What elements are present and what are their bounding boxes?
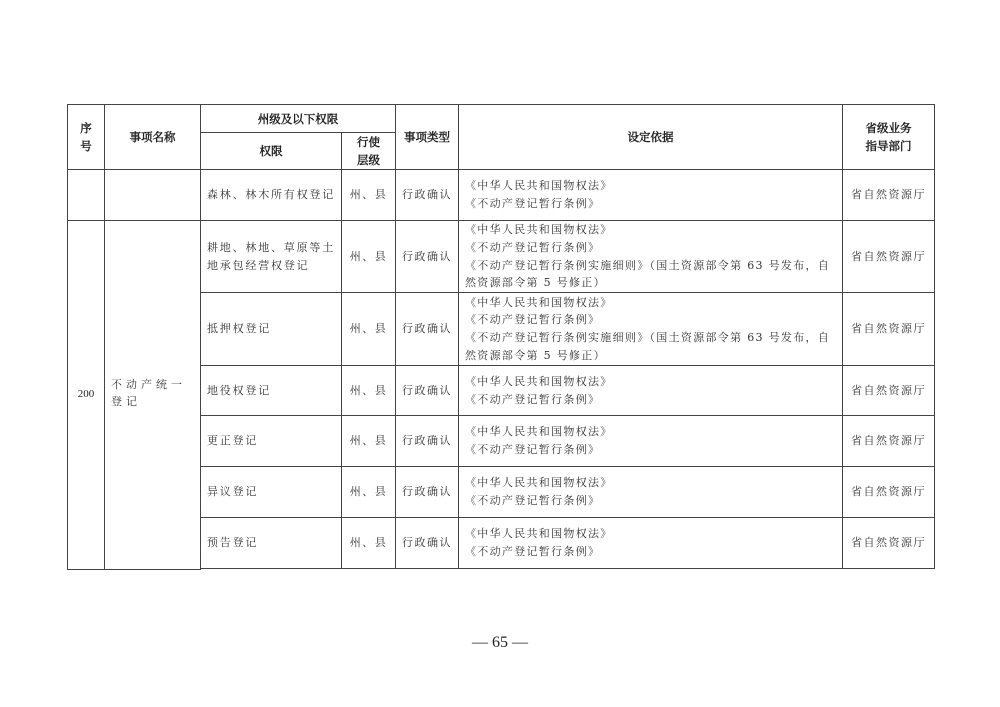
item-name-cell: 不动产统一登记 (105, 221, 201, 570)
dept-cell: 省自然资源厅 (843, 221, 935, 293)
item-name-cell (105, 170, 201, 221)
level-cell: 州、县 (342, 366, 396, 416)
level-cell: 州、县 (342, 416, 396, 467)
dept-cell: 省自然资源厅 (843, 170, 935, 221)
level-cell: 州、县 (342, 170, 396, 221)
authority-cell: 异议登记 (201, 467, 342, 518)
dept-cell: 省自然资源厅 (843, 467, 935, 518)
item-type-cell: 行政确认 (396, 170, 459, 221)
page-number: — 65 — (0, 634, 1000, 652)
level-cell: 州、县 (342, 221, 396, 293)
table-row: 森林、林木所有权登记 州、县 行政确认 《中华人民共和国物权法》 《不动产登记暂… (68, 170, 935, 221)
basis-cell: 《中华人民共和国物权法》 《不动产登记暂行条例》 (459, 366, 843, 416)
authority-cell: 耕地、林地、草原等土地承包经营权登记 (201, 221, 342, 293)
basis-cell: 《中华人民共和国物权法》 《不动产登记暂行条例》 《不动产登记暂行条例实施细则》… (459, 293, 843, 366)
header-level: 行使层级 (342, 133, 396, 170)
basis-cell: 《中华人民共和国物权法》 《不动产登记暂行条例》 (459, 467, 843, 518)
header-item-type: 事项类型 (396, 105, 459, 170)
authority-cell: 抵押权登记 (201, 293, 342, 366)
basis-cell: 《中华人民共和国物权法》 《不动产登记暂行条例》 (459, 170, 843, 221)
basis-cell: 《中华人民共和国物权法》 《不动产登记暂行条例》 (459, 518, 843, 569)
seq-cell: 200 (68, 221, 105, 570)
permissions-table: 序号 事项名称 州级及以下权限 事项类型 设定依据 省级业务指导部门 权限 行使… (67, 104, 935, 570)
level-cell: 州、县 (342, 518, 396, 569)
header-authority-group: 州级及以下权限 (201, 105, 396, 133)
header-authority: 权限 (201, 133, 342, 170)
seq-cell (68, 170, 105, 221)
header-dept: 省级业务指导部门 (843, 105, 935, 170)
level-cell: 州、县 (342, 467, 396, 518)
authority-cell: 地役权登记 (201, 366, 342, 416)
header-basis: 设定依据 (459, 105, 843, 170)
dept-cell: 省自然资源厅 (843, 293, 935, 366)
item-type-cell: 行政确认 (396, 416, 459, 467)
level-cell: 州、县 (342, 293, 396, 366)
authority-cell: 预告登记 (201, 518, 342, 569)
dept-cell: 省自然资源厅 (843, 518, 935, 569)
table-row: 200 不动产统一登记 耕地、林地、草原等土地承包经营权登记 州、县 行政确认 … (68, 221, 935, 293)
header-seq: 序号 (68, 105, 105, 170)
basis-cell: 《中华人民共和国物权法》 《不动产登记暂行条例》 《不动产登记暂行条例实施细则》… (459, 221, 843, 293)
header-item-name: 事项名称 (105, 105, 201, 170)
dept-cell: 省自然资源厅 (843, 416, 935, 467)
authority-cell: 森林、林木所有权登记 (201, 170, 342, 221)
item-type-cell: 行政确认 (396, 221, 459, 293)
basis-cell: 《中华人民共和国物权法》 《不动产登记暂行条例》 (459, 416, 843, 467)
item-type-cell: 行政确认 (396, 518, 459, 569)
dept-cell: 省自然资源厅 (843, 366, 935, 416)
item-type-cell: 行政确认 (396, 366, 459, 416)
item-type-cell: 行政确认 (396, 467, 459, 518)
authority-cell: 更正登记 (201, 416, 342, 467)
item-type-cell: 行政确认 (396, 293, 459, 366)
